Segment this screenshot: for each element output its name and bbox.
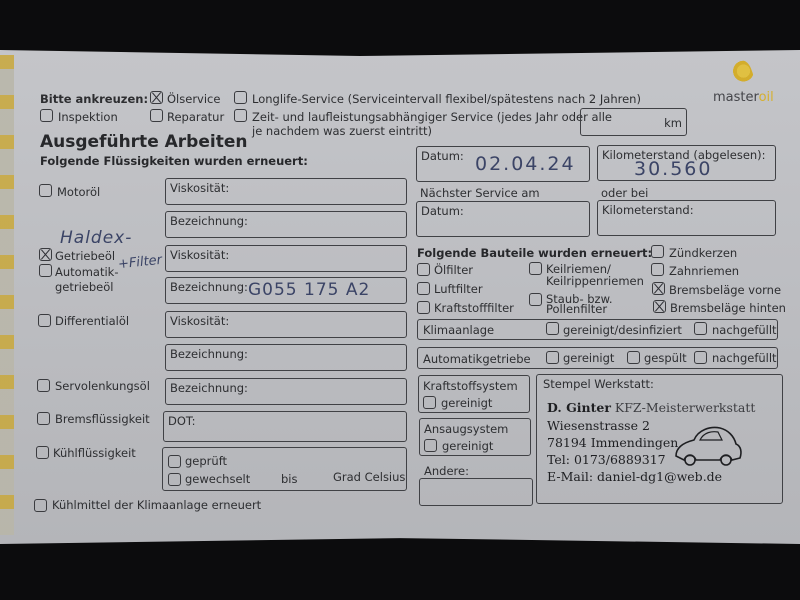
oelservice-label: Ölservice [167,92,220,106]
kraftstoffsystem-gereinigt-label: gereinigt [441,396,492,410]
booklet-binding [0,55,14,535]
fluids-title: Folgende Flüssigkeiten wurden erneuert: [40,154,308,168]
automatikgetriebe-row: Automatikgetriebe gereinigt gespült nach… [417,347,778,369]
motoroel-bezeichnung-field[interactable]: Bezeichnung: [165,211,407,238]
checkbox-gewechselt[interactable] [168,473,181,486]
checkbox-zahnriemen[interactable] [651,263,664,276]
checkbox-bremsbelaege-hinten[interactable] [653,300,666,313]
klima-nachgefuellt-label: nachgefüllt [712,323,777,337]
motoroel-viskositaet-field[interactable]: Viskosität: [165,178,407,205]
checkbox-differentialoel[interactable] [38,314,51,327]
checkbox-ag-gespuelt[interactable] [627,351,640,364]
luftfilter-label: Luftfilter [434,282,483,296]
checkbox-oelfilter[interactable] [417,263,430,276]
kraftstoffsystem-box: Kraftstoffsystem gereinigt [418,375,530,413]
checkbox-keilriemen[interactable] [529,262,542,275]
checkbox-inspektion[interactable] [40,109,53,122]
andere-label: Andere: [424,464,469,478]
next-kilometerstand-field[interactable]: Kilometerstand: [597,200,776,236]
checkbox-ag-nachgefuellt[interactable] [694,351,707,364]
datum-field[interactable]: Datum: 02.04.24 [416,146,590,182]
differentialoel-viskositaet-field[interactable]: Viskosität: [165,311,407,338]
ansaugsystem-label: Ansaugsystem [424,422,508,436]
checkbox-kraftstofffilter[interactable] [417,301,430,314]
zeit-laufleistung-label: Zeit- und laufleistungsabhängiger Servic… [252,110,612,124]
differentialoel-bezeichnung-field[interactable]: Bezeichnung: [165,344,407,371]
km-unit: km [664,116,682,130]
bremsbelaege-hinten-label: Bremsbeläge hinten [670,301,786,315]
differentialoel-label: Differentialöl [55,314,129,328]
kuehlfluessigkeit-box: geprüft gewechselt bis Grad Celsius [162,447,407,491]
ag-gereinigt-label: gereinigt [563,351,614,365]
stamp-line-1: D. Ginter KFZ-Meisterwerkstatt [547,400,755,415]
checkbox-geprueft[interactable] [168,455,181,468]
checkbox-ansaugsystem-gereinigt[interactable] [424,439,437,452]
km-interval-field[interactable]: km [580,108,687,136]
checkbox-motoroel[interactable] [39,184,52,197]
klima-kuehlmittel-label: Kühlmittel der Klimaanlage erneuert [52,498,261,512]
checkbox-zeit-laufleistung[interactable] [234,109,247,122]
kilometerstand-value: 30.560 [634,158,712,180]
checkbox-reparatur[interactable] [150,109,163,122]
checkbox-kraftstoffsystem-gereinigt[interactable] [423,396,436,409]
checkbox-zuendkerzen[interactable] [651,245,664,258]
automatikgetriebe-label: Automatikgetriebe [423,352,531,366]
zuendkerzen-label: Zündkerzen [669,246,737,260]
checkbox-klima-gereinigt[interactable] [546,322,559,335]
checkbox-servolenkungsoel[interactable] [37,379,50,392]
ansaugsystem-box: Ansaugsystem gereinigt [419,418,531,456]
bremsfluessigkeit-dot-field[interactable]: DOT: [163,411,407,442]
getriebe-bezeichnung-value: G055 175 A2 [248,280,370,300]
brand-logo: masteroil [713,90,774,105]
grad-celsius-label: Grad Celsius [333,470,405,484]
service-type-label: Bitte ankreuzen: [40,92,148,106]
klimaanlage-row: Klimaanlage gereinigt/desinfiziert nachg… [417,319,778,340]
automatik-label-2: getriebeöl [55,280,114,294]
stamp-line-3: 78194 Immendingen [547,435,678,450]
checkbox-oelservice[interactable] [150,91,163,104]
longlife-label: Longlife-Service (Serviceintervall flexi… [252,92,641,106]
bis-label: bis [281,472,298,486]
bremsfluessigkeit-label: Bremsflüssigkeit [55,412,150,426]
datum-value: 02.04.24 [475,153,576,175]
stamp-line-4: Tel: 0173/6889317 [547,452,666,467]
servolenkung-bezeichnung-field[interactable]: Bezeichnung: [165,378,407,405]
keilriemen-label-2: Keilrippenriemen [546,274,644,288]
stamp-line-5: E-Mail: daniel-dg1@web.de [547,469,722,484]
kuehlfluessigkeit-label: Kühlflüssigkeit [53,446,136,460]
getriebeoel-label: Getriebeöl [55,249,115,263]
klimaanlage-label: Klimaanlage [423,323,494,337]
andere-field[interactable] [419,478,533,506]
getriebeoel-viskositaet-field[interactable]: Viskosität: [165,245,407,272]
gewechselt-label: gewechselt [185,472,250,486]
parts-title: Folgende Bauteile wurden erneuert: [417,246,652,260]
inspektion-label: Inspektion [58,110,118,124]
next-datum-field[interactable]: Datum: [416,201,590,237]
oelfilter-label: Ölfilter [434,263,473,277]
vintage-car-stamp-icon [672,422,744,466]
checkbox-ag-gereinigt[interactable] [546,351,559,364]
klima-gereinigt-label: gereinigt/desinfiziert [563,323,682,337]
reparatur-label: Reparatur [167,110,224,124]
stempel-label: Stempel Werkstatt: [543,377,654,391]
ansaugsystem-gereinigt-label: gereinigt [442,439,493,453]
motoroel-label: Motoröl [57,185,100,199]
checkbox-automatikgetriebeoel[interactable] [39,264,52,277]
oder-bei-label: oder bei [601,186,648,200]
servolenkungsoel-label: Servolenkungsöl [55,379,150,393]
checkbox-kuehlfluessigkeit[interactable] [36,446,49,459]
zeit-laufleistung-label-2: je nachdem was zuerst eintritt) [252,124,432,138]
kilometerstand-field[interactable]: Kilometerstand (abgelesen): 30.560 [597,145,776,181]
handwritten-note-haldex: Haldex- [60,228,132,248]
section-title: Ausgeführte Arbeiten [40,132,247,152]
checkbox-klima-kuehlmittel[interactable] [34,499,47,512]
automatik-label: Automatik- [55,265,118,279]
ag-nachgefuellt-label: nachgefüllt [712,351,777,365]
checkbox-pollenfilter[interactable] [529,293,542,306]
pollenfilter-label-2: Pollenfilter [546,302,607,316]
ag-gespuelt-label: gespült [644,351,687,365]
getriebeoel-bezeichnung-field[interactable]: Bezeichnung: G055 175 A2 [165,277,407,304]
stamp-line-2: Wiesenstrasse 2 [547,418,650,433]
checkbox-longlife[interactable] [234,91,247,104]
kraftstofffilter-label: Kraftstofffilter [434,301,514,315]
checkbox-getriebeoel[interactable] [39,248,52,261]
kraftstoffsystem-label: Kraftstoffsystem [423,379,518,393]
checkbox-klima-nachgefuellt[interactable] [694,322,707,335]
bremsbelaege-vorne-label: Bremsbeläge vorne [669,283,781,297]
checkbox-bremsbelaege-vorne[interactable] [652,282,665,295]
checkbox-bremsfluessigkeit[interactable] [37,412,50,425]
zahnriemen-label: Zahnriemen [669,264,739,278]
next-service-label: Nächster Service am [420,186,540,200]
checkbox-luftfilter[interactable] [417,282,430,295]
geprueft-label: geprüft [185,454,227,468]
